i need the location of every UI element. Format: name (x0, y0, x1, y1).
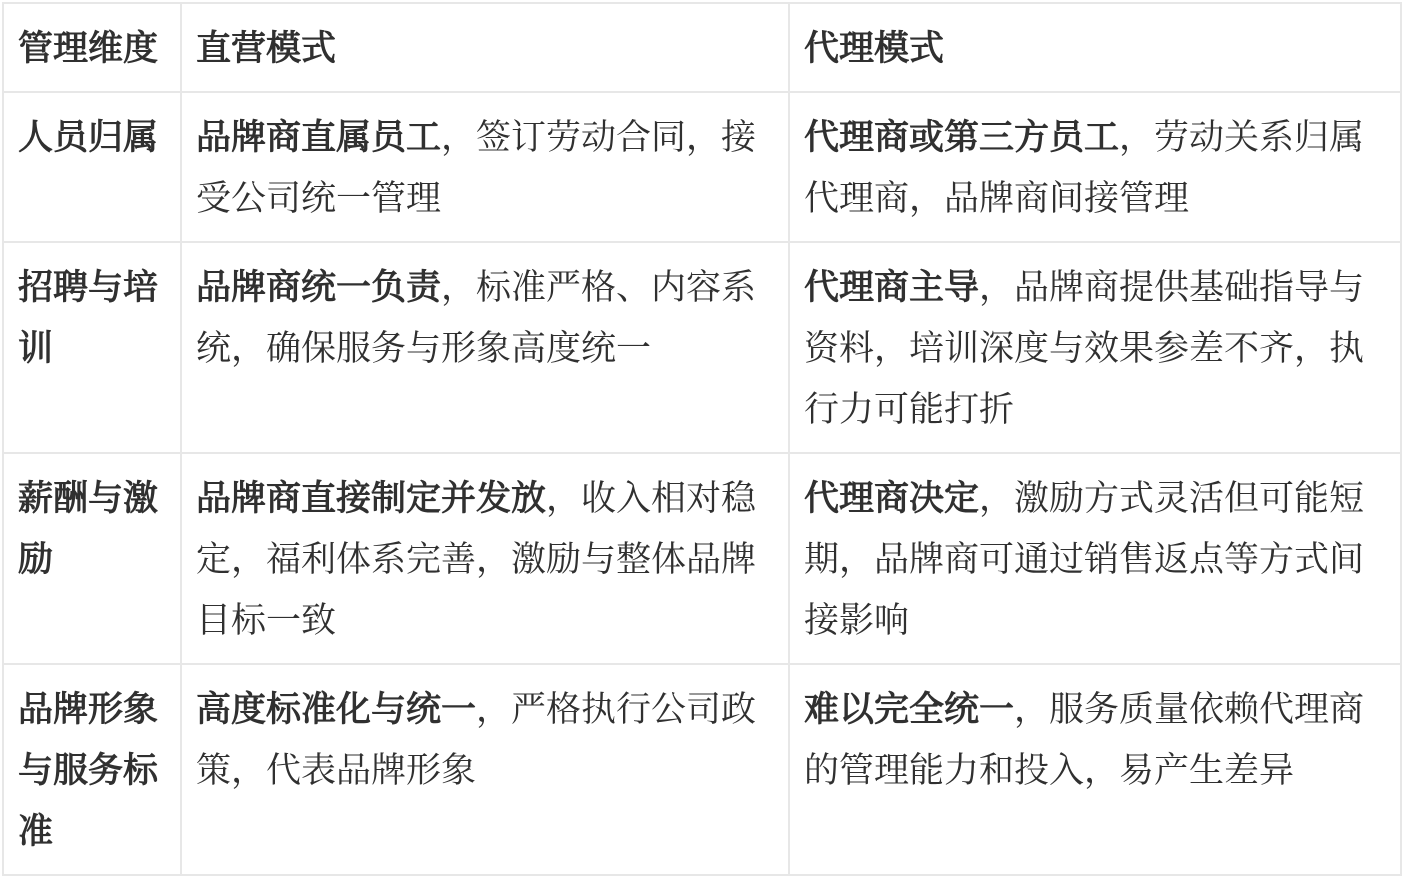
bold-lead-text: 品牌商直接制定并发放 (196, 479, 546, 518)
direct-model-cell: 高度标准化与统一，严格执行公司政策，代表品牌形象 (181, 664, 789, 875)
bold-lead-text: 品牌商直属员工 (196, 118, 441, 157)
header-cell-dimension: 管理维度 (3, 3, 181, 92)
agency-model-cell: 难以完全统一，服务质量依赖代理商的管理能力和投入，易产生差异 (789, 664, 1401, 875)
bold-lead-text: 代理商主导 (804, 268, 979, 307)
header-row: 管理维度 直营模式 代理模式 (3, 3, 1401, 92)
row-header-compensation: 薪酬与激励 (3, 453, 181, 664)
row-header-brand-service: 品牌形象与服务标准 (3, 664, 181, 875)
bold-lead-text: 品牌商统一负责 (196, 268, 441, 307)
bold-lead-text: 代理商决定 (804, 479, 979, 518)
comparison-table: 管理维度 直营模式 代理模式 人员归属 品牌商直属员工，签订劳动合同，接受公司统… (2, 2, 1402, 876)
row-header-recruit-training: 招聘与培训 (3, 242, 181, 453)
direct-model-cell: 品牌商直接制定并发放，收入相对稳定，福利体系完善，激励与整体品牌目标一致 (181, 453, 789, 664)
header-cell-agency-model: 代理模式 (789, 3, 1401, 92)
bold-lead-text: 高度标准化与统一 (196, 690, 476, 729)
bold-lead-text: 代理商或第三方员工 (804, 118, 1119, 157)
agency-model-cell: 代理商决定，激励方式灵活但可能短期，品牌商可通过销售返点等方式间接影响 (789, 453, 1401, 664)
row-header-personnel: 人员归属 (3, 92, 181, 242)
table-row-brand-service: 品牌形象与服务标准 高度标准化与统一，严格执行公司政策，代表品牌形象 难以完全统… (3, 664, 1401, 875)
direct-model-cell: 品牌商直属员工，签订劳动合同，接受公司统一管理 (181, 92, 789, 242)
table-row-personnel: 人员归属 品牌商直属员工，签订劳动合同，接受公司统一管理 代理商或第三方员工，劳… (3, 92, 1401, 242)
table-row-recruit-training: 招聘与培训 品牌商统一负责，标准严格、内容系统，确保服务与形象高度统一 代理商主… (3, 242, 1401, 453)
header-cell-direct-model: 直营模式 (181, 3, 789, 92)
bold-lead-text: 难以完全统一 (804, 690, 1014, 729)
direct-model-cell: 品牌商统一负责，标准严格、内容系统，确保服务与形象高度统一 (181, 242, 789, 453)
table-row-compensation: 薪酬与激励 品牌商直接制定并发放，收入相对稳定，福利体系完善，激励与整体品牌目标… (3, 453, 1401, 664)
agency-model-cell: 代理商主导，品牌商提供基础指导与资料，培训深度与效果参差不齐，执行力可能打折 (789, 242, 1401, 453)
agency-model-cell: 代理商或第三方员工，劳动关系归属代理商，品牌商间接管理 (789, 92, 1401, 242)
